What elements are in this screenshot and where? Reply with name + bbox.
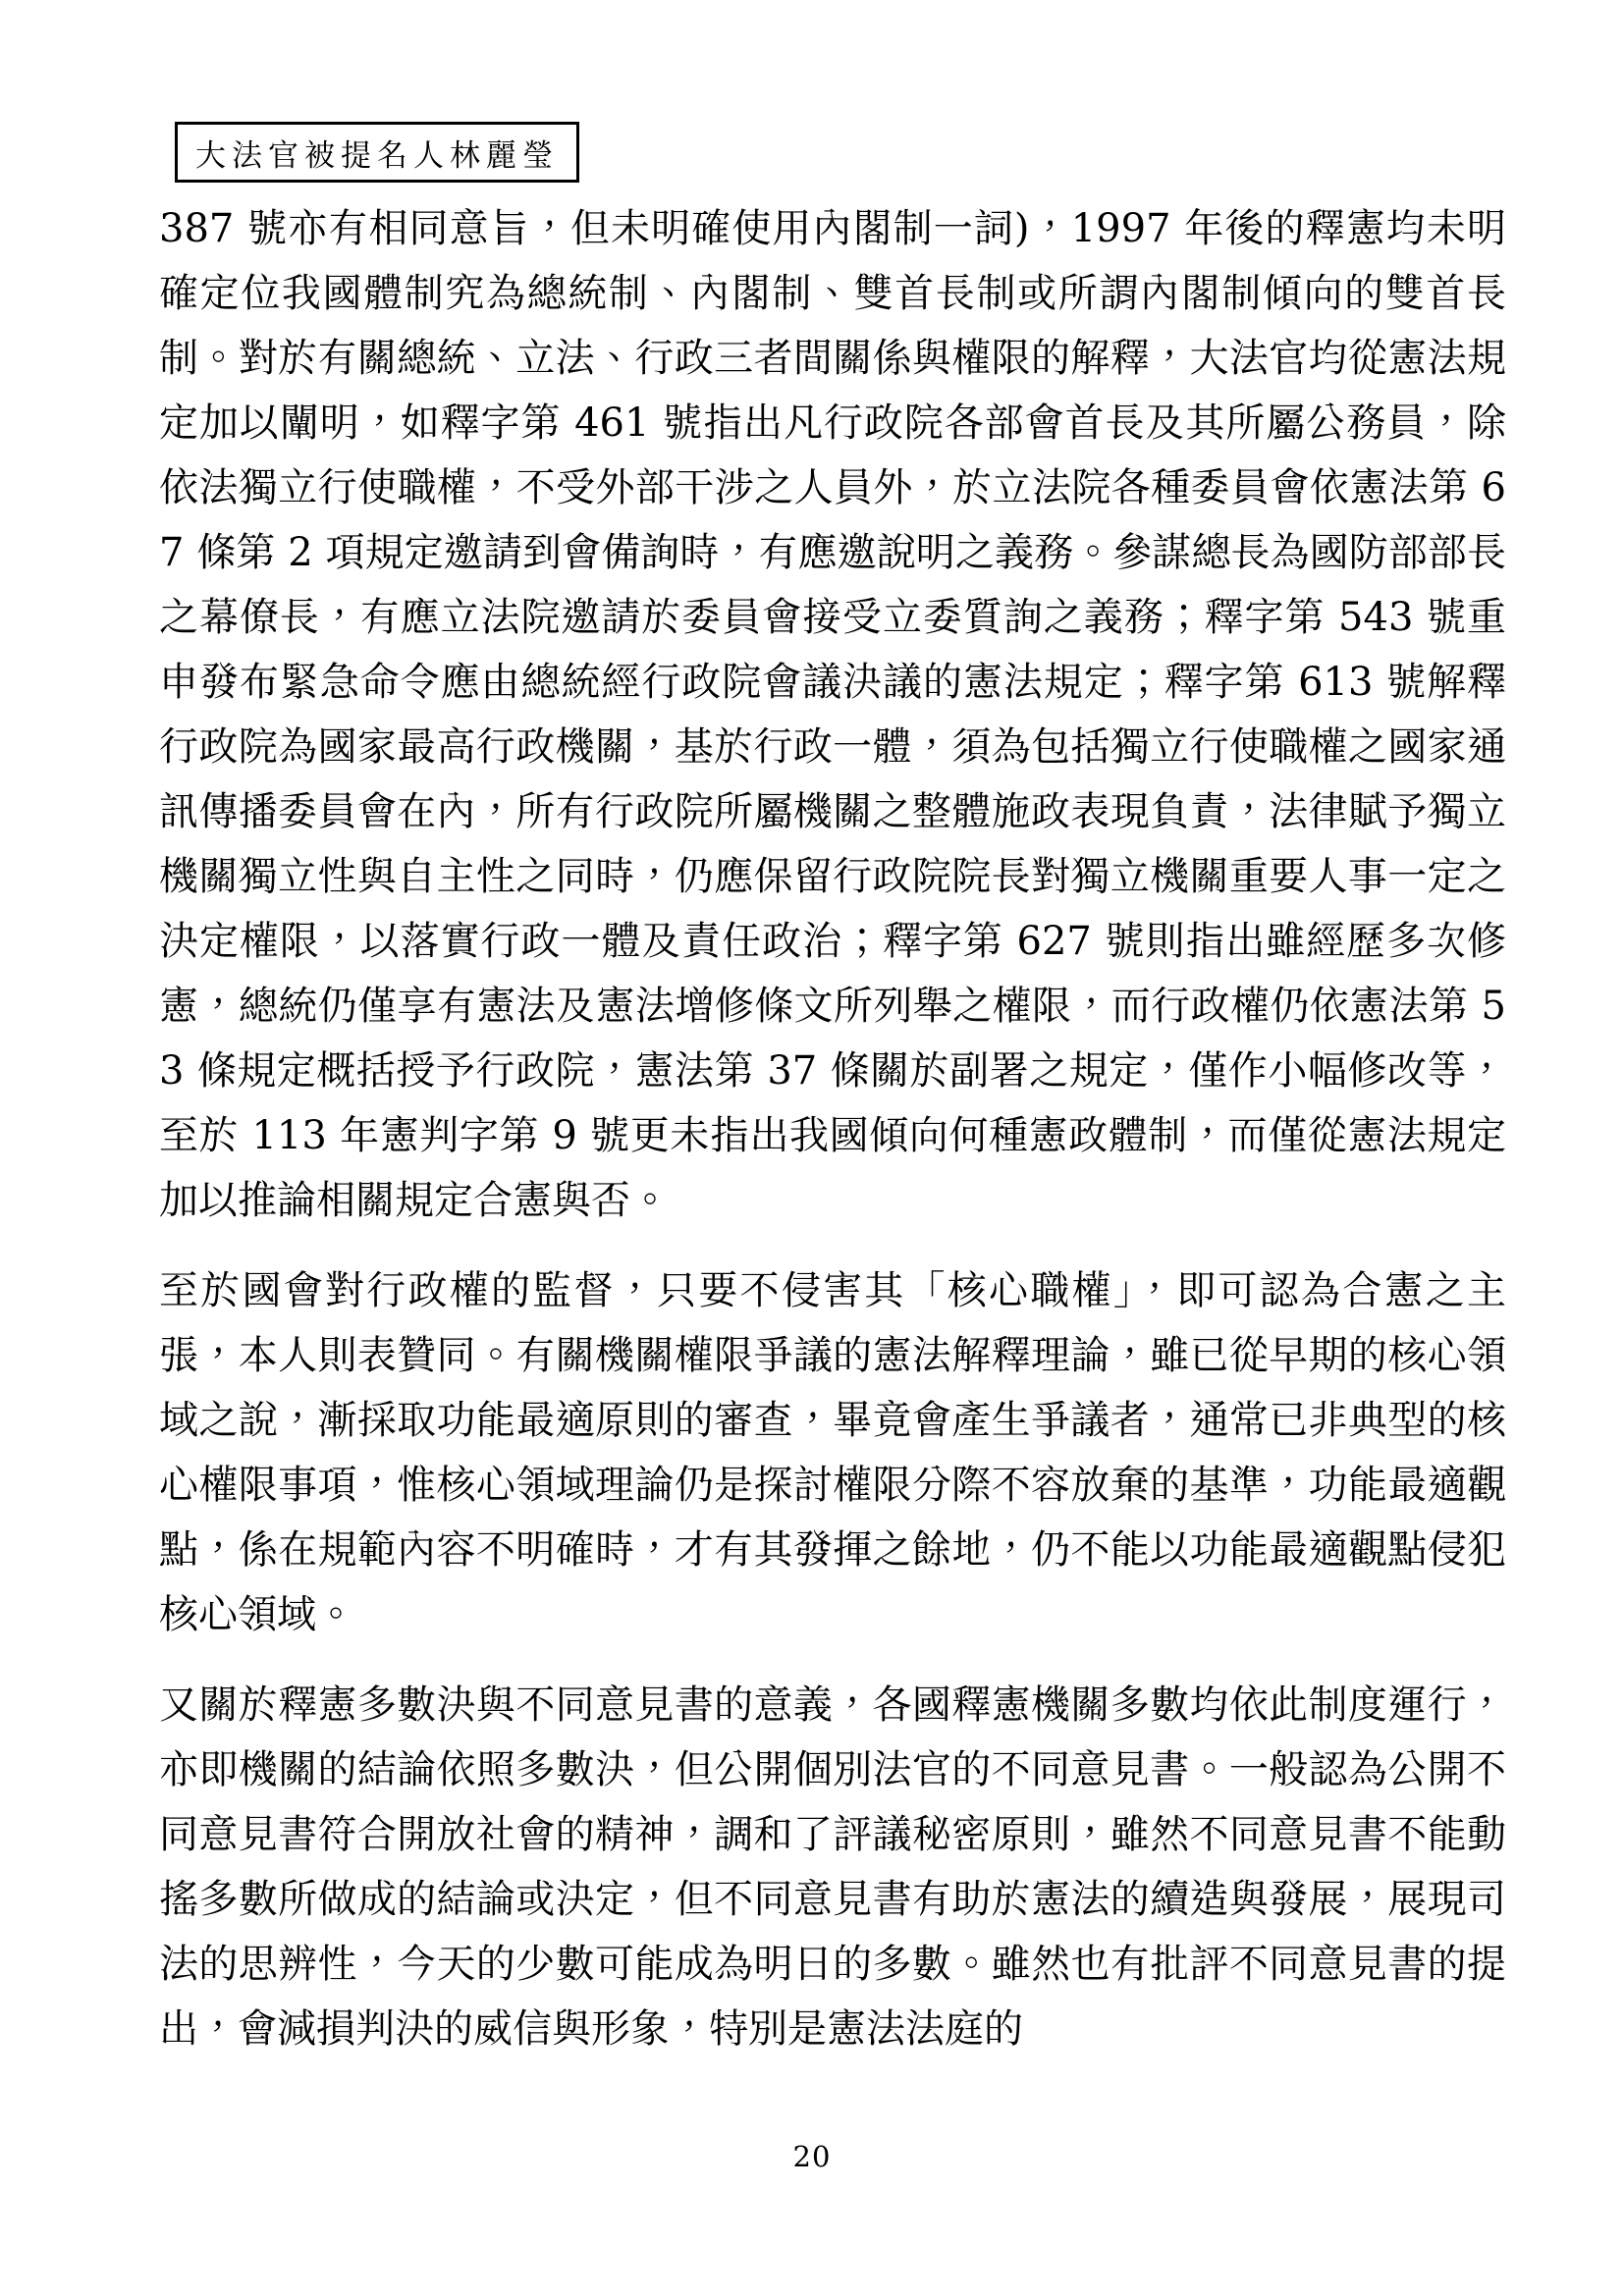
paragraph-3: 又關於釋憲多數決與不同意見書的意義，各國釋憲機關多數均依此制度運行，亦即機關的結… (159, 1673, 1506, 2061)
paragraph-1: 387 號亦有相同意旨，但未明確使用內閣制一詞)，1997 年後的釋憲均未明確定… (159, 196, 1506, 1233)
document-body: 387 號亦有相同意旨，但未明確使用內閣制一詞)，1997 年後的釋憲均未明確定… (159, 196, 1506, 2087)
paragraph-2: 至於國會對行政權的監督，只要不侵害其「核心職權」，即可認為合憲之主張，本人則表贊… (159, 1258, 1506, 1647)
document-page: 大法官被提名人林麗瑩 387 號亦有相同意旨，但未明確使用內閣制一詞)，1997… (0, 0, 1624, 2296)
page-number: 20 (0, 2140, 1624, 2173)
nominee-name-label: 大法官被提名人林麗瑩 (195, 131, 559, 175)
nominee-name-box: 大法官被提名人林麗瑩 (175, 122, 579, 183)
